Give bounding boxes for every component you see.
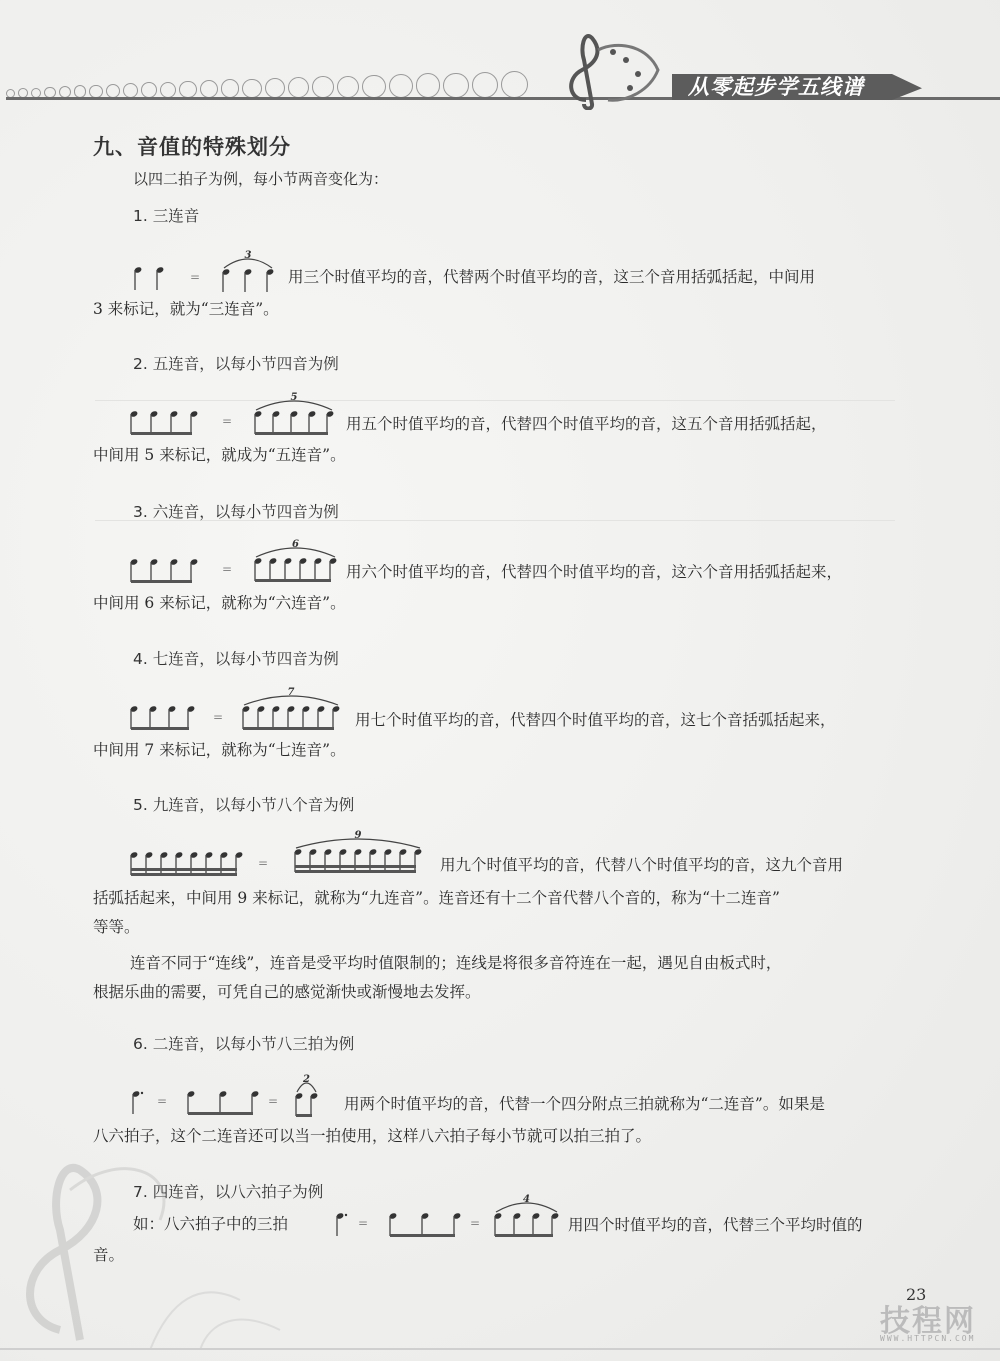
music-notes-icon: 3 (220, 246, 284, 300)
circle-decoration (337, 76, 360, 99)
svg-text:6: 6 (292, 539, 299, 550)
music-notes-icon (185, 1088, 269, 1122)
item-text-5b: 括弧括起来，中间用 9 来标记，就称为“九连音”。连音还有十二个音代替八个音的，… (93, 883, 780, 914)
music-notes-icon (128, 849, 253, 883)
music-notes-icon: 4 (492, 1190, 569, 1244)
circle-decoration (472, 72, 498, 98)
item-text-5a: 用九个时值平均的音，代替八个时值平均的音，这九个音用 (440, 850, 843, 881)
equals-sign: = (258, 856, 268, 870)
item-heading-5: 5. 九连音，以每小节八个音为例 (133, 793, 354, 815)
circle-decoration (179, 81, 196, 98)
circle-decoration (265, 78, 285, 98)
treble-clef-decoration-icon (0, 1150, 300, 1350)
equals-sign: = (222, 414, 232, 428)
svg-text:9: 9 (355, 830, 362, 841)
section-title: 九、音值的特殊划分 (93, 131, 291, 161)
circle-decoration (312, 76, 334, 98)
music-notes-icon (128, 408, 208, 442)
section-intro: 以四二拍子为例，每小节两音变化为： (133, 168, 388, 189)
circle-decoration (389, 74, 413, 98)
item-heading-2: 2. 五连音，以每小节四音为例 (133, 352, 339, 374)
circle-decoration (160, 82, 177, 99)
circle-decoration (443, 73, 469, 99)
music-notes-icon: 6 (252, 535, 347, 589)
item-text-6a: 用两个时值平均的音，代替一个四分附点三拍就称为“二连音”。如果是 (344, 1089, 825, 1120)
note-paragraph-1: 连音不同于“连线”，连音是受平均时值限制的；连线是将很多音符连在一起，遇见自由板… (130, 948, 781, 979)
equals-sign: = (213, 710, 223, 724)
note-group-quintuplet: 5 (252, 388, 344, 446)
svg-text:2: 2 (302, 1074, 310, 1085)
music-notes-icon (334, 1210, 354, 1244)
item-text-4b: 中间用 7 来标记，就称为“七连音”。 (93, 735, 346, 766)
circle-decoration (221, 79, 240, 98)
note-group-septuplet: 7 (240, 683, 350, 741)
circle-decoration (89, 85, 103, 99)
circle-decoration (106, 84, 120, 98)
music-notes-icon: 9 (292, 826, 432, 880)
note-group-even (128, 849, 253, 887)
footer-rule (0, 1348, 1000, 1350)
watermark-url: WWW.HTTPCN.COM (880, 1334, 975, 1343)
item-text-3a: 用六个时值平均的音，代替四个时值平均的音，这六个音用括弧括起来， (346, 557, 842, 588)
item-heading-4: 4. 七连音，以每小节四音为例 (133, 647, 339, 669)
treble-clef-logo-icon (558, 30, 668, 110)
music-notes-icon: 2 (293, 1070, 328, 1124)
item-text-2a: 用五个时值平均的音，代替四个时值平均的音，这五个音用括弧括起， (346, 409, 827, 440)
note-group-nonuplet: 9 (292, 826, 432, 884)
item-text-7a: 用四个时值平均的音，代替三个平均时值的 (568, 1210, 863, 1241)
equals-sign: = (358, 1216, 368, 1230)
item-heading-3: 3. 六连音，以每小节四音为例 (133, 500, 339, 522)
svg-text:7: 7 (288, 687, 295, 698)
circle-decoration (123, 83, 138, 98)
music-notes-icon (130, 1088, 150, 1122)
item-heading-6: 6. 二连音，以每小节八三拍为例 (133, 1032, 354, 1054)
music-notes-icon (128, 703, 205, 737)
banner-title: 从零起步学五线谱 (688, 74, 864, 100)
note-group-even (387, 1210, 471, 1248)
music-notes-icon: 7 (240, 683, 350, 737)
item-text-1b: 3 来标记，就为“三连音”。 (93, 294, 279, 325)
circle-decoration (200, 80, 218, 98)
equals-sign: = (190, 270, 200, 284)
item-text-6b: 八六拍子，这个二连音还可以当一拍使用，这样八六拍子每小节就可以拍三拍了。 (93, 1121, 651, 1152)
item-heading-1: 1. 三连音 (133, 204, 199, 226)
music-notes-icon (132, 264, 174, 298)
svg-text:5: 5 (291, 392, 298, 403)
note-paragraph-2: 根据乐曲的需要，可凭自己的感觉渐快或渐慢地去发挥。 (93, 977, 481, 1008)
item-text-4a: 用七个时值平均的音，代替四个时值平均的音，这七个音括弧括起来， (355, 705, 836, 736)
item-text-2b: 中间用 5 来标记，就成为“五连音”。 (93, 440, 346, 471)
item-text-1a: 用三个时值平均的音，代替两个时值平均的音，这三个音用括弧括起，中间用 (288, 262, 815, 293)
music-notes-icon (387, 1210, 471, 1244)
note-group-quadruplet: 4 (492, 1190, 569, 1248)
circle-row-decoration (6, 72, 528, 98)
note-group-duplet: 2 (293, 1070, 328, 1128)
note-group-dotted (334, 1210, 354, 1248)
equals-sign: = (222, 562, 232, 576)
equals-sign: = (268, 1094, 278, 1108)
music-notes-icon: 5 (252, 388, 344, 442)
svg-text:3: 3 (245, 250, 252, 261)
circle-decoration (141, 82, 157, 98)
circle-decoration (288, 77, 309, 98)
item-text-5c: 等等。 (93, 912, 140, 943)
equals-sign: = (157, 1094, 167, 1108)
equals-sign: = (470, 1216, 480, 1230)
circle-decoration (362, 75, 385, 98)
music-notes-icon (128, 556, 208, 590)
circle-decoration (242, 79, 262, 99)
note-group-sextuplet: 6 (252, 535, 347, 593)
circle-decoration (416, 73, 441, 98)
item-text-3b: 中间用 6 来标记，就称为“六连音”。 (93, 588, 346, 619)
circle-decoration (501, 71, 528, 98)
svg-text:4: 4 (523, 1194, 530, 1205)
